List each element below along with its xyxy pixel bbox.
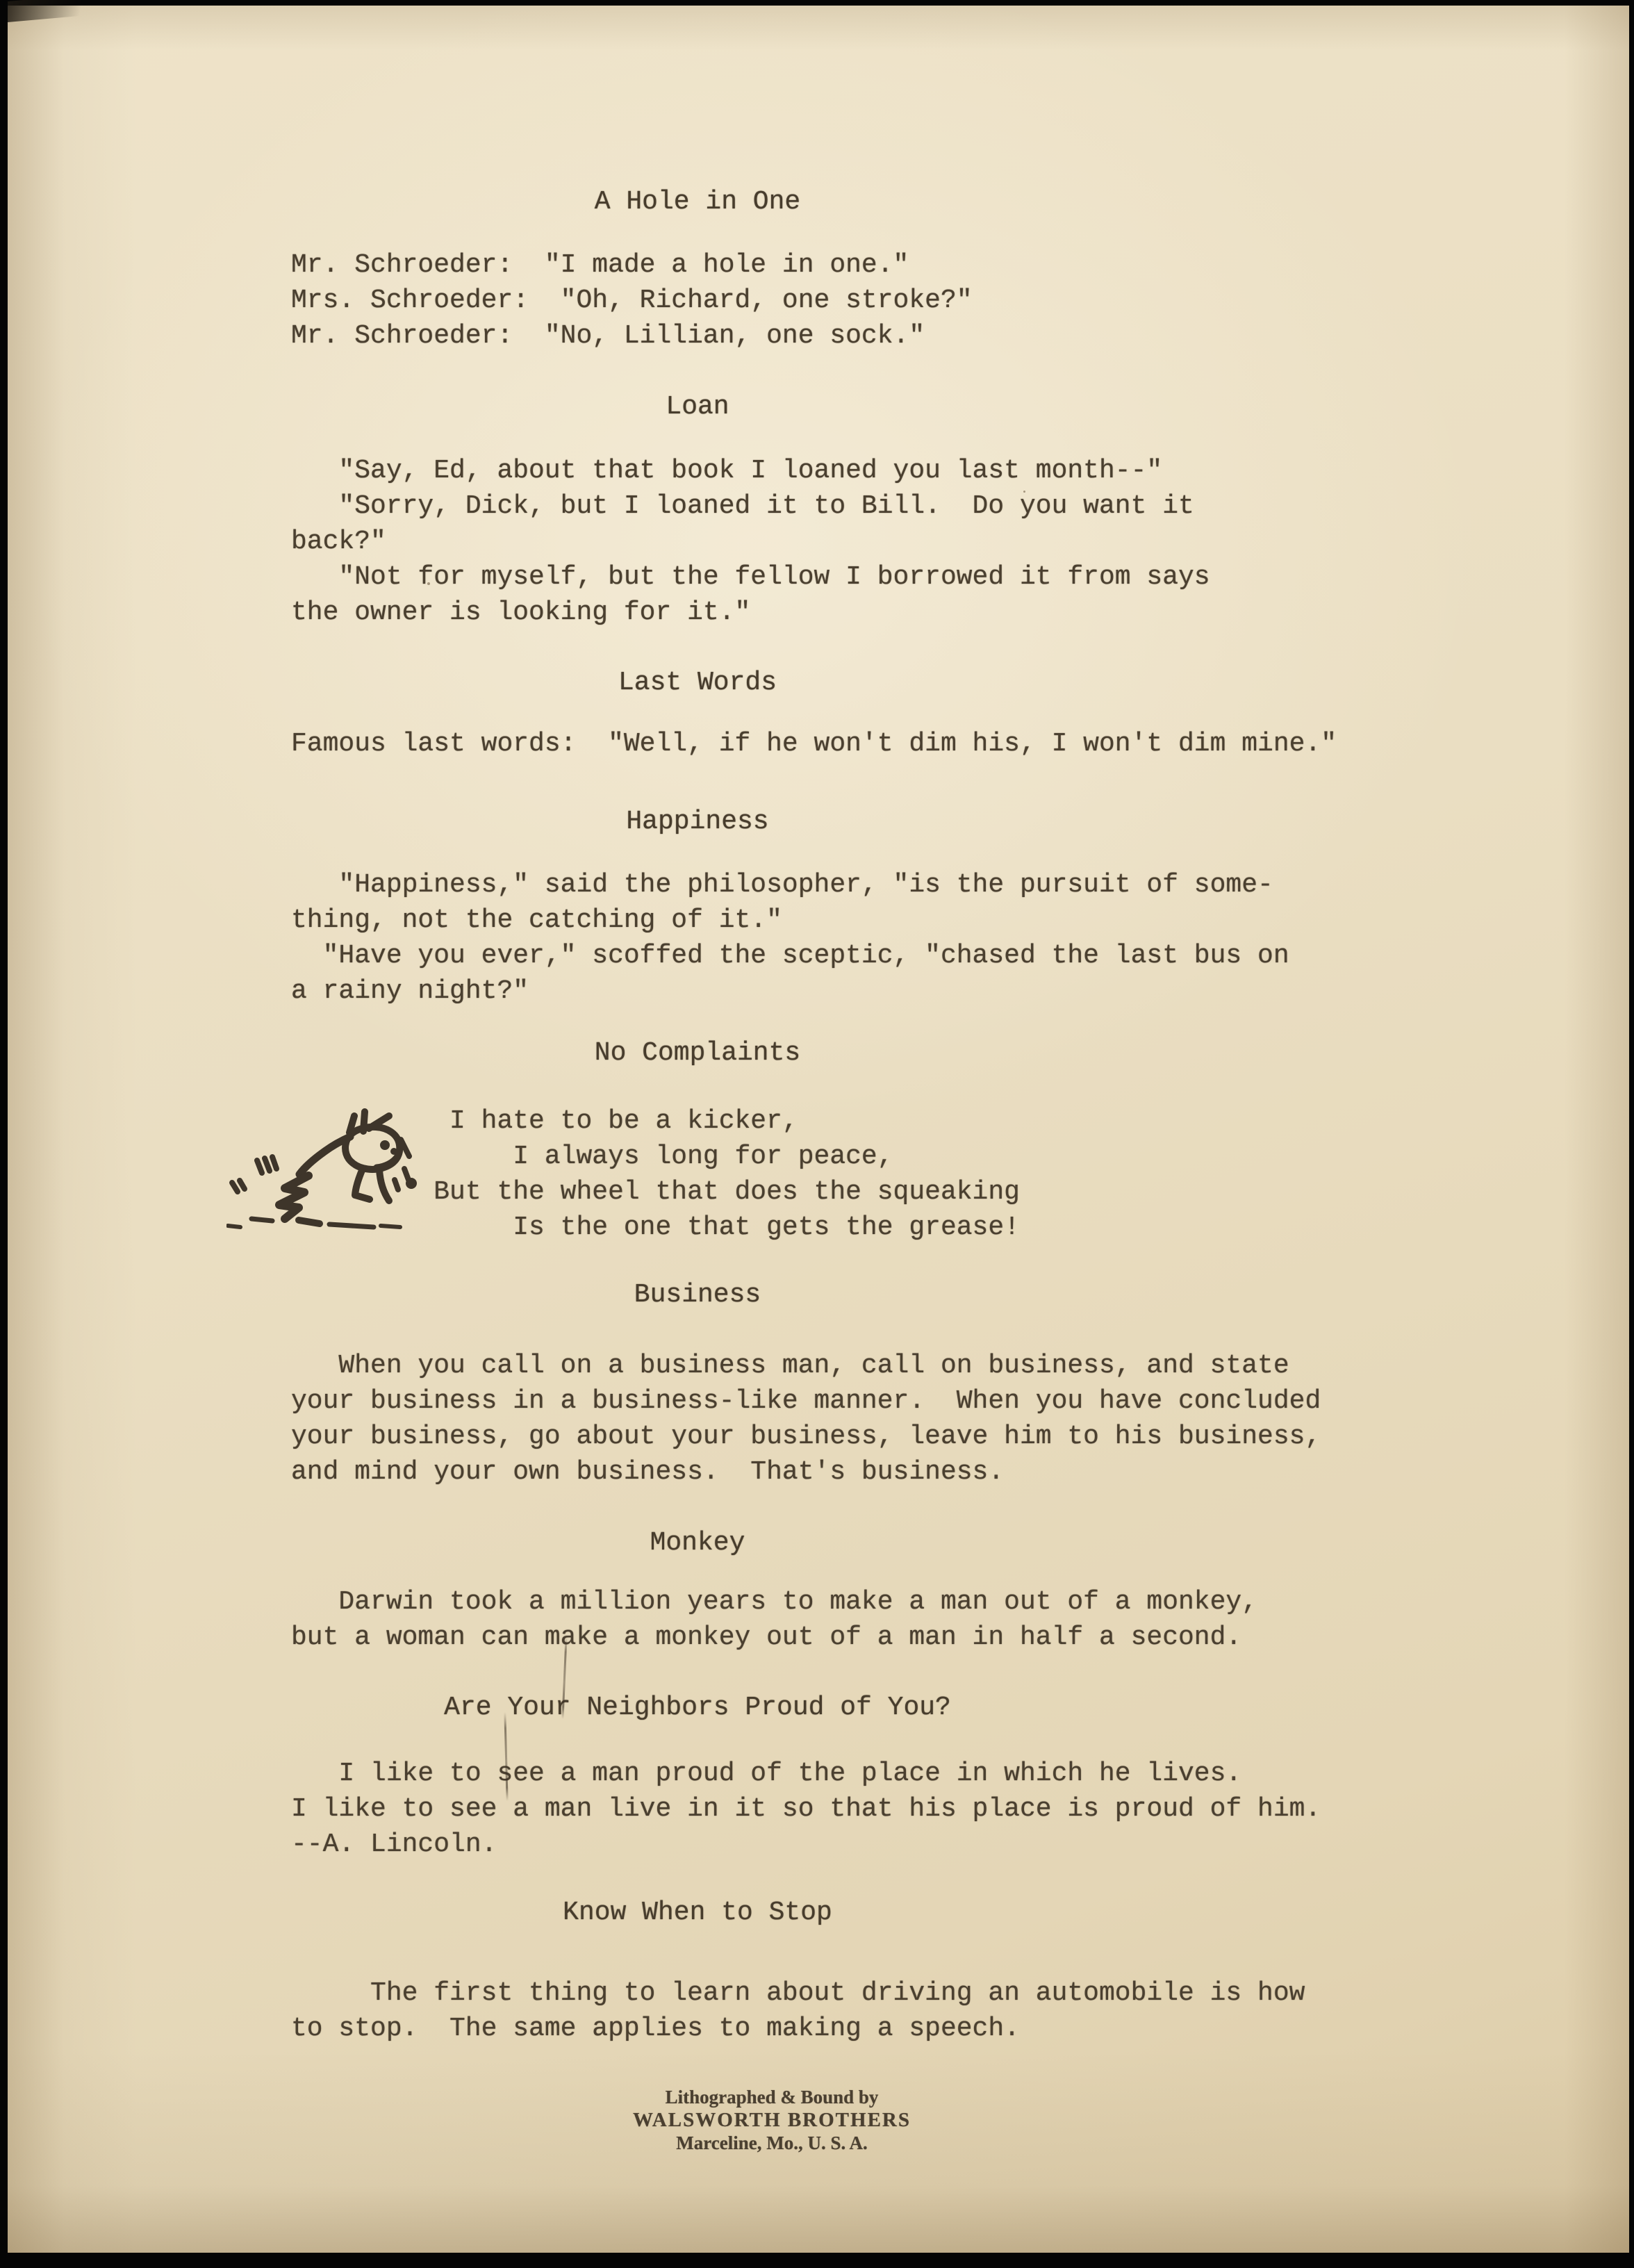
section-body-monkey: Darwin took a million years to make a ma…: [291, 1584, 1375, 1655]
printer-colophon: Lithographed & Bound by WALSWORTH BROTHE…: [291, 2086, 1253, 2155]
section-title-no-complaints: No Complaints: [291, 1035, 1104, 1071]
colophon-line-3: Marceline, Mo., U. S. A.: [291, 2132, 1253, 2155]
section-body-no-complaints: I hate to be a kicker, I always long for…: [291, 1103, 1375, 1245]
section-title-happiness: Happiness: [291, 804, 1104, 839]
section-title-neighbors: Are Your Neighbors Proud of You?: [291, 1690, 1104, 1725]
scanned-book-page: { "page": { "kind": "scanned lithographe…: [0, 0, 1634, 2268]
colophon-line-1: Lithographed & Bound by: [291, 2086, 1253, 2109]
paper-speck: [1023, 491, 1025, 493]
section-title-monkey: Monkey: [291, 1525, 1104, 1561]
paper-speck: [427, 582, 430, 585]
paper-page: A Hole in One Mr. Schroeder: "I made a h…: [8, 6, 1629, 2253]
scan-corner-shadow: [8, 0, 126, 22]
section-title-know-when-to-stop: Know When to Stop: [291, 1895, 1104, 1930]
section-body-neighbors: I like to see a man proud of the place i…: [291, 1756, 1375, 1862]
section-body-a-hole-in-one: Mr. Schroeder: "I made a hole in one." M…: [291, 247, 1375, 354]
section-body-last-words: Famous last words: "Well, if he won't di…: [291, 726, 1375, 762]
section-title-loan: Loan: [291, 389, 1104, 425]
section-body-business: When you call on a business man, call on…: [291, 1348, 1375, 1490]
section-body-loan: "Say, Ed, about that book I loaned you l…: [291, 453, 1375, 630]
colophon-line-2: WALSWORTH BROTHERS: [291, 2109, 1253, 2132]
section-title-last-words: Last Words: [291, 665, 1104, 700]
section-body-happiness: "Happiness," said the philosopher, "is t…: [291, 867, 1375, 1009]
section-title-a-hole-in-one: A Hole in One: [291, 184, 1104, 220]
section-body-know-when-to-stop: The first thing to learn about driving a…: [291, 1975, 1375, 2046]
kicking-mule-illustration: [226, 1096, 428, 1235]
section-title-business: Business: [291, 1277, 1104, 1313]
